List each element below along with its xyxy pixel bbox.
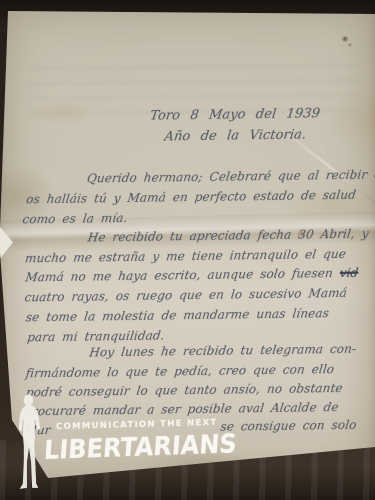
letter-line: firmándome lo que te pedía, creo que con… [25, 362, 335, 380]
date-line: Toro 8 Mayo del 1939 [149, 106, 321, 123]
letter-line: para mi tranquilidad. [26, 328, 165, 344]
handwritten-text: Toro 8 Mayo del 1939 Año de la Victoria.… [0, 0, 375, 500]
letter-line: Hoy lunes he recibido tu telegrama con- [89, 342, 357, 360]
crossed-out-word: vid [339, 266, 359, 280]
letter-line: como es la mía. [22, 211, 129, 226]
letter-line: procuraré mandar a ser posible aval Alca… [23, 400, 339, 418]
letter-line: He recibido tu apreciada fecha 30 Abril,… [87, 226, 370, 244]
letter-line-obscured: Mur [24, 423, 52, 437]
letter-line: Mamá no me haya escrito, aunque solo fue… [24, 266, 359, 285]
letter-line: se tome la molestia de mandarme unas lín… [25, 306, 330, 324]
letter-line: se consigue con solo [220, 418, 358, 434]
paper-sheet: Toro 8 Mayo del 1939 Año de la Victoria.… [0, 0, 375, 500]
letter-line: mucho me estraña y me tiene intranquilo … [24, 247, 347, 266]
letter-line: cuatro rayas, os ruego que en lo sucesiv… [24, 286, 348, 305]
letter-line: Querido hermano; Celebraré que al recibi… [86, 167, 375, 185]
letter-photo: Toro 8 Mayo del 1939 Año de la Victoria.… [0, 0, 375, 500]
year-of-victory-line: Año de la Victoria. [163, 127, 307, 144]
letter-line: podré conseguir lo que tanto ansío, no o… [25, 381, 343, 399]
letter-line: os halláis tú y Mamá en perfecto estado … [25, 188, 356, 207]
